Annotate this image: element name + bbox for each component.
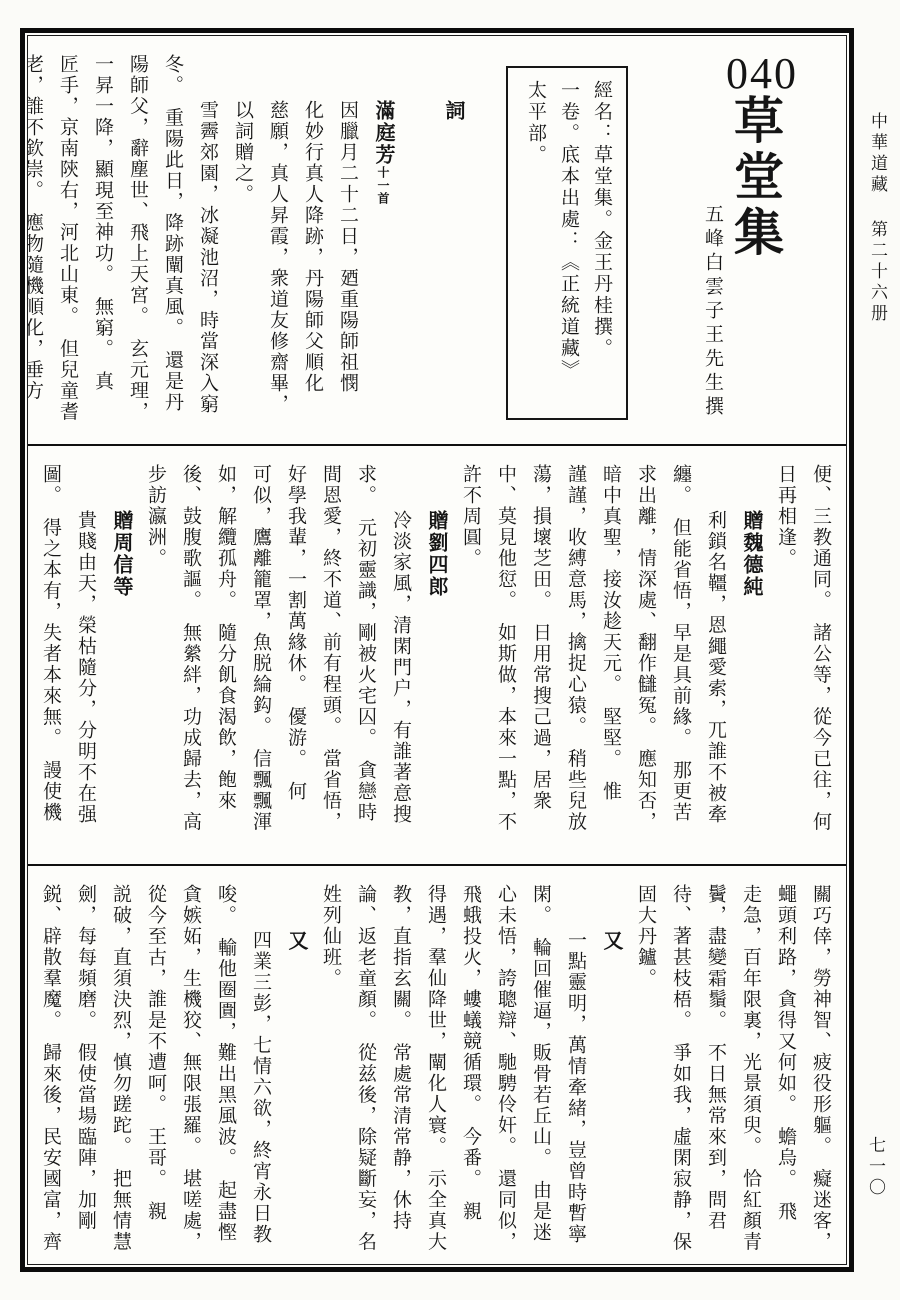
text-column: 走急，百年限裏，光景須臾。 恰紅顏青 <box>733 884 768 1258</box>
text-column: 圖。 得之本有，失者本來無。 謾使機 <box>33 464 68 858</box>
text-column: 慈願，真人昇霞，衆道友修齋畢， <box>260 54 295 438</box>
text-column: 姓列仙班。 <box>313 884 348 1258</box>
text-column: 如，解纜孤舟。 隨分飢食渴飲，飽來 <box>208 464 243 858</box>
section-middle: 便、三教通同。 諸公等，從今已往，何 日再相逢。 贈魏德純 利鎖名韁，恩繩愛索，… <box>28 444 846 864</box>
poem-count-note: 十一首 <box>376 166 390 205</box>
poem-title-column: 滿庭芳十一首 <box>365 54 400 438</box>
text-column: 貴賤由天，榮枯隨分，分明不在强 <box>68 464 103 858</box>
poem-title-column: 又 <box>278 884 313 1258</box>
text-column: 好學我輩，一割萬緣休。 優游。 何 <box>278 464 313 858</box>
section-top: 040 草堂集 五峰白雲子王先生撰 經名：草堂集。金王丹桂撰。 一卷。底本出處：… <box>28 36 846 444</box>
text-column: 步訪瀛洲。 <box>138 464 173 858</box>
text-column: 老，誰不欽崇。 應物隨機順化，垂方 <box>28 54 50 438</box>
volume-label: 第二十六册 <box>868 220 887 325</box>
header-block: 040 草堂集 五峰白雲子王先生撰 <box>656 54 838 438</box>
text-column: 鬢，盡變霜鬚。 不日無常來到，問君 <box>698 884 733 1258</box>
text-column: 待、著甚枝梧。 爭如我，虛閑寂静，保 <box>663 884 698 1258</box>
text-column: 貪嫉妬，生機狡、無限張羅。 堪嗟處， <box>173 884 208 1258</box>
scanned-page: 中華道藏第二十六册 七一〇 040 草堂集 五峰白雲子王先生撰 經名：草堂集。金… <box>0 0 900 1300</box>
text-column: 謹謹，收縛意馬，擒捉心猿。 稍些兒放 <box>558 464 593 858</box>
poem-title-column: 贈魏德純 <box>733 464 768 858</box>
text-column: 暗中真聖，接汝趁天元。 堅堅。 惟 <box>593 464 628 858</box>
series-title: 中華道藏 <box>868 112 887 196</box>
document-title: 草堂集 <box>724 94 786 262</box>
document-author: 五峰白雲子王先生撰 <box>700 204 724 420</box>
text-column: 中、莫見他愆。 如斯做，本來一點，不 <box>488 464 523 858</box>
page-frame: 040 草堂集 五峰白雲子王先生撰 經名：草堂集。金王丹桂撰。 一卷。底本出處：… <box>20 28 854 1272</box>
text-column: 飛蛾投火，螻蟻競循環。 今番。 親 <box>453 884 488 1258</box>
text-column: 四業三彭，七情六欲，終宵永日教 <box>243 884 278 1258</box>
text-column: 一昇一降，顯現至神功。 無窮。 真 <box>85 54 120 438</box>
text-column: 後、鼓腹歌謳。 無縈絆，功成歸去，高 <box>173 464 208 858</box>
poem-title-column: 贈劉四郎 <box>418 464 453 858</box>
text-column: 鋭、辟散羣魔。 歸來後，民安國富，齊 <box>33 884 68 1258</box>
spacer-column <box>400 54 435 438</box>
colophon-box: 經名：草堂集。金王丹桂撰。 一卷。底本出處：《正統道藏》 太平部。 <box>506 66 628 420</box>
text-column: 冷淡家風，清閑門户，有誰著意搜 <box>383 464 418 858</box>
text-column: 唆。 輸他圈圚，難出黑風波。 起盡慳 <box>208 884 243 1258</box>
document-number: 040 <box>656 48 846 99</box>
margin-gap <box>877 196 878 220</box>
text-column: 説破，直須決烈，慎勿蹉跎。 把無情慧 <box>103 884 138 1258</box>
text-column: 教，直指玄關。 常處常清常静，休持 <box>383 884 418 1258</box>
text-column: 雪霽郊園，冰凝池沼，時當深入窮 <box>190 54 225 438</box>
poem-title-column: 贈周信等 <box>103 464 138 858</box>
colophon-column: 經名：草堂集。金王丹桂撰。 <box>585 80 618 406</box>
colophon-column: 一卷。底本出處：《正統道藏》 <box>552 80 585 406</box>
poem-title: 滿庭芳 <box>372 100 394 166</box>
text-column: 化妙行真人降跡，丹陽師父順化 <box>295 54 330 438</box>
page-frame-inner: 040 草堂集 五峰白雲子王先生撰 經名：草堂集。金王丹桂撰。 一卷。底本出處：… <box>27 35 847 1265</box>
text-column: 蕩，損壞芝田。 日用常搜己過，居衆 <box>523 464 558 858</box>
margin-series-label: 中華道藏第二十六册 <box>865 112 890 325</box>
text-column: 匠手，京南陝右，河北山東。 但兒童耆 <box>50 54 85 438</box>
text-column: 冬。 重陽此日，降跡闡真風。 還是丹 <box>155 54 190 438</box>
text-column: 求出離，情深處、翻作讎冤。 應知否， <box>628 464 663 858</box>
text-column: 一點靈明，萬情牽緒，豈曾時暫寧 <box>558 884 593 1258</box>
text-column: 因臘月二十二日，廼重陽師祖憫 <box>330 54 365 438</box>
genre-heading: 詞 <box>435 54 470 438</box>
text-column: 以詞贈之。 <box>225 54 260 438</box>
section-bottom: 關巧倖，勞神智、疲役形軀。 癡迷客， 蠅頭利路，貪得又何如。 蟾烏。 飛 走急，… <box>28 864 846 1264</box>
text-column: 蠅頭利路，貪得又何如。 蟾烏。 飛 <box>768 884 803 1258</box>
text-column: 得遇，羣仙降世，闡化人寰。 示全真大 <box>418 884 453 1258</box>
text-column: 便、三教通同。 諸公等，從今已往，何 <box>803 464 838 858</box>
text-column: 關巧倖，勞神智、疲役形軀。 癡迷客， <box>803 884 838 1258</box>
folio-number: 七一〇 <box>863 1136 888 1199</box>
text-column: 可似，鷹離籠罩，魚脱綸鈎。 信飄飄渾 <box>243 464 278 858</box>
text-column: 劍，每每頻磨。 假使當場臨陣，加剛 <box>68 884 103 1258</box>
colophon-column: 太平部。 <box>519 80 552 406</box>
text-column: 間恩愛，終不道、前有程頭。 當省悟， <box>313 464 348 858</box>
text-column: 許不周圓。 <box>453 464 488 858</box>
text-column: 纏。 但能省悟，早是具前緣。 那更苦 <box>663 464 698 858</box>
text-column: 利鎖名韁，恩繩愛索，兀誰不被牽 <box>698 464 733 858</box>
text-column: 論、返老童顏。 從兹後，除疑斷妄，名 <box>348 884 383 1258</box>
text-column: 求。 元初靈識，剛被火宅囚。 貪戀時 <box>348 464 383 858</box>
text-column: 日再相逢。 <box>768 464 803 858</box>
text-column: 陽師父，辭塵世、飛上天宮。 玄元理， <box>120 54 155 438</box>
poem-title-column: 又 <box>593 884 628 1258</box>
text-column: 固大丹鑪。 <box>628 884 663 1258</box>
text-column: 從今至古，誰是不遭呵。 王哥。 親 <box>138 884 173 1258</box>
text-column: 閑。 輪回催逼，販骨若丘山。 由是迷 <box>523 884 558 1258</box>
text-column: 心未悟，誇聰辯、馳騁伶奸。 還同似， <box>488 884 523 1258</box>
